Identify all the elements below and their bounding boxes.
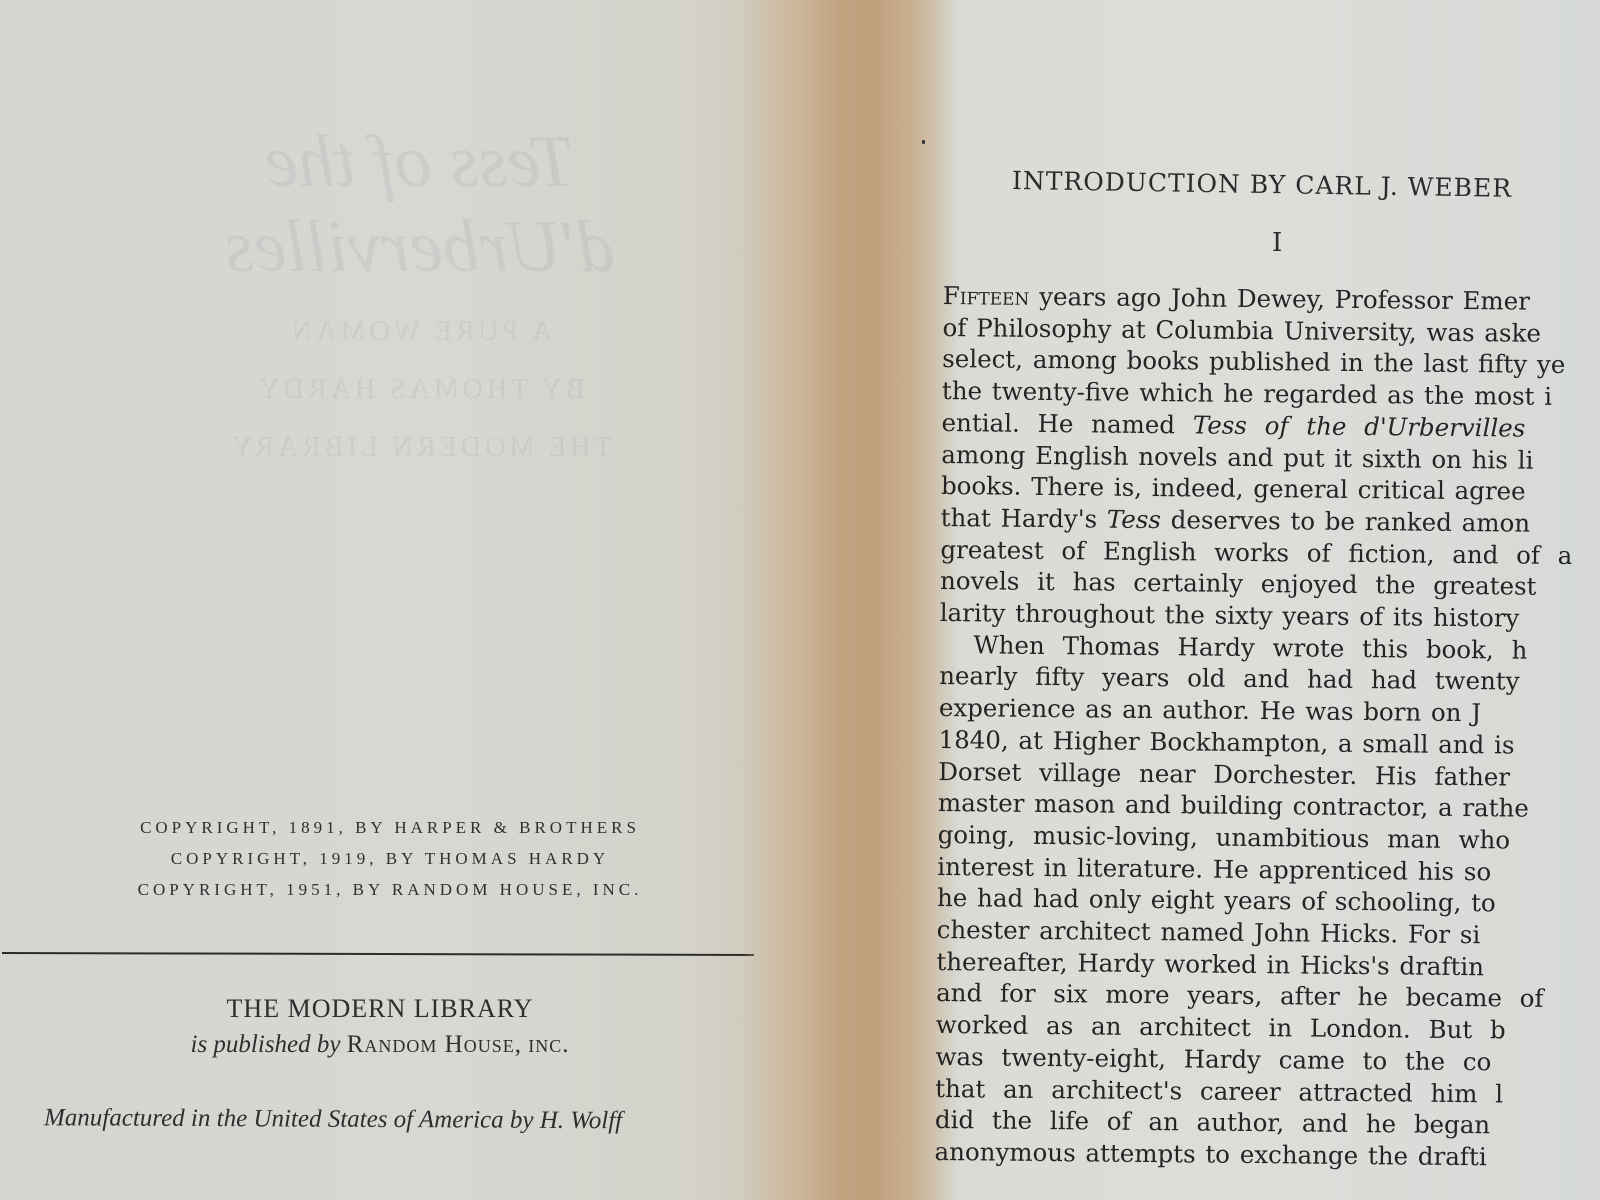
- book-gutter: [740, 0, 960, 1200]
- open-book-spread: Tess of the d'Urbervilles A PURE WOMAN B…: [0, 0, 1600, 1200]
- left-page: Tess of the d'Urbervilles A PURE WOMAN B…: [0, 0, 800, 1200]
- publisher-imprint: THE MODERN LIBRARY is published by Rando…: [100, 993, 660, 1065]
- copyright-line: COPYRIGHT, 1891, BY HARPER & BROTHERS: [80, 812, 700, 843]
- manufacturer-line: Manufactured in the United States of Ame…: [44, 1104, 724, 1136]
- section-numeral: I: [1272, 228, 1282, 258]
- imprint-title: THE MODERN LIBRARY: [100, 993, 660, 1025]
- show-through-title-page: Tess of the d'Urbervilles A PURE WOMAN B…: [90, 120, 750, 580]
- lead-small-caps: Fifteen: [943, 281, 1030, 311]
- book-title-italic: Tess: [1107, 505, 1161, 535]
- copyright-line: COPYRIGHT, 1919, BY THOMAS HARDY: [80, 843, 700, 874]
- copyright-notice: COPYRIGHT, 1891, BY HARPER & BROTHERS CO…: [80, 812, 700, 905]
- publisher-name: Random House,: [347, 1031, 522, 1058]
- published-prefix: is published by: [191, 1031, 341, 1058]
- book-title-italic: Tess of the d'Urbervilles: [1193, 410, 1526, 442]
- imprint-publisher-line: is published by Random House, inc.: [100, 1025, 660, 1065]
- horizontal-rule: [2, 952, 754, 956]
- publisher-suffix: inc.: [528, 1031, 569, 1058]
- paper-speck: [922, 140, 925, 144]
- copyright-line: COPYRIGHT, 1951, BY RANDOM HOUSE, INC.: [80, 874, 700, 905]
- introduction-body: Fifteen years ago John Dewey, Professor …: [934, 280, 1600, 1175]
